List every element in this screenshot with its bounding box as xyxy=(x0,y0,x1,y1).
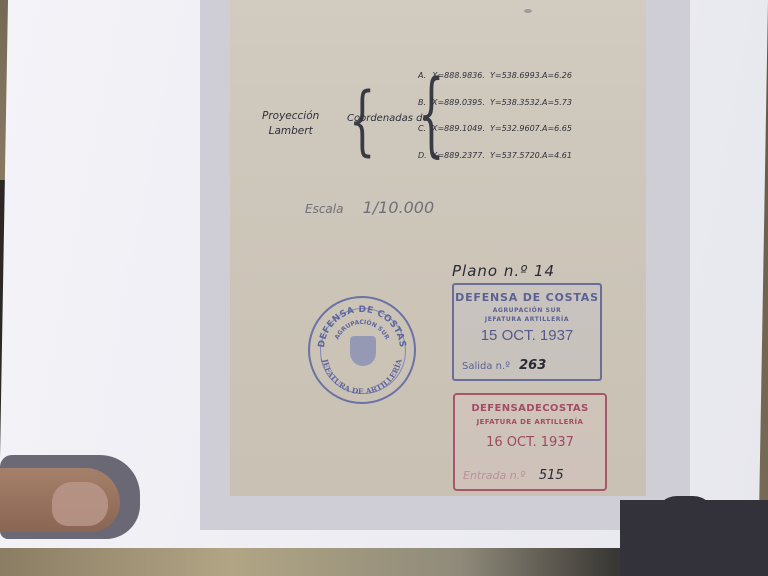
round-seal-stamp: DEFENSA DE COSTAS AGRUPACIÓN SUR JEFATUR… xyxy=(308,296,416,404)
outgoing-stamp: DEFENSA DE COSTAS AGRUPACIÓN SUR JEFATUR… xyxy=(452,283,602,381)
coordinate-row-b: B. X=889.0395. Y=538.3532. A=5.73 xyxy=(418,98,576,125)
projection-label: Proyección Lambert xyxy=(262,109,319,139)
hand-shadow-finger xyxy=(620,510,658,550)
stamp-number-value: 515 xyxy=(539,468,564,483)
paper-mark xyxy=(524,9,532,13)
stamp-subtitle: AGRUPACIÓN SUR xyxy=(454,307,600,314)
hand-shadow-finger xyxy=(655,496,715,536)
stamp-number-label: Salida n.º xyxy=(462,361,510,372)
scale-value: 1/10.000 xyxy=(363,198,435,217)
coordinates-label: Coordenadas de xyxy=(347,113,429,124)
scale-label: Escala xyxy=(305,202,343,216)
stamp-number-value: 263 xyxy=(519,358,546,373)
projection-label-line2: Lambert xyxy=(262,124,319,139)
stamp-title: DEFENSA DE COSTAS xyxy=(454,291,600,304)
coordinate-row-a: A. X=888.9836. Y=538.6993. A=6.26 xyxy=(418,71,576,98)
incoming-stamp: DEFENSADECOSTAS JEFATURA DE ARTILLERÍA 1… xyxy=(453,393,607,491)
stamp-subtitle-2: JEFATURA ARTILLERÍA xyxy=(454,316,600,323)
stamp-subtitle: JEFATURA DE ARTILLERÍA xyxy=(455,418,605,426)
stamp-title: DEFENSADECOSTAS xyxy=(455,403,605,414)
coordinate-row-d: D. X=889.2377. Y=537.5720. A=4.61 xyxy=(418,151,576,178)
stamp-number-row: Salida n.º 263 xyxy=(462,358,546,373)
stamp-number-row: Entrada n.º 515 xyxy=(463,468,564,483)
stamp-number-label: Entrada n.º xyxy=(463,469,525,482)
thumbnail-nail xyxy=(52,482,108,526)
coat-of-arms-icon xyxy=(350,336,376,366)
scale-note: Escala 1/10.000 xyxy=(305,198,434,217)
projection-label-line1: Proyección xyxy=(262,109,319,124)
stamp-date: 16 OCT. 1937 xyxy=(455,435,605,450)
plan-number: Plano n.º 14 xyxy=(452,262,555,280)
coordinates-list: A. X=888.9836. Y=538.6993. A=6.26 B. X=8… xyxy=(418,71,576,177)
stamp-date: 15 OCT. 1937 xyxy=(454,327,600,344)
coordinate-row-c: C. X=889.1049. Y=532.9607. A=6.65 xyxy=(418,124,576,151)
